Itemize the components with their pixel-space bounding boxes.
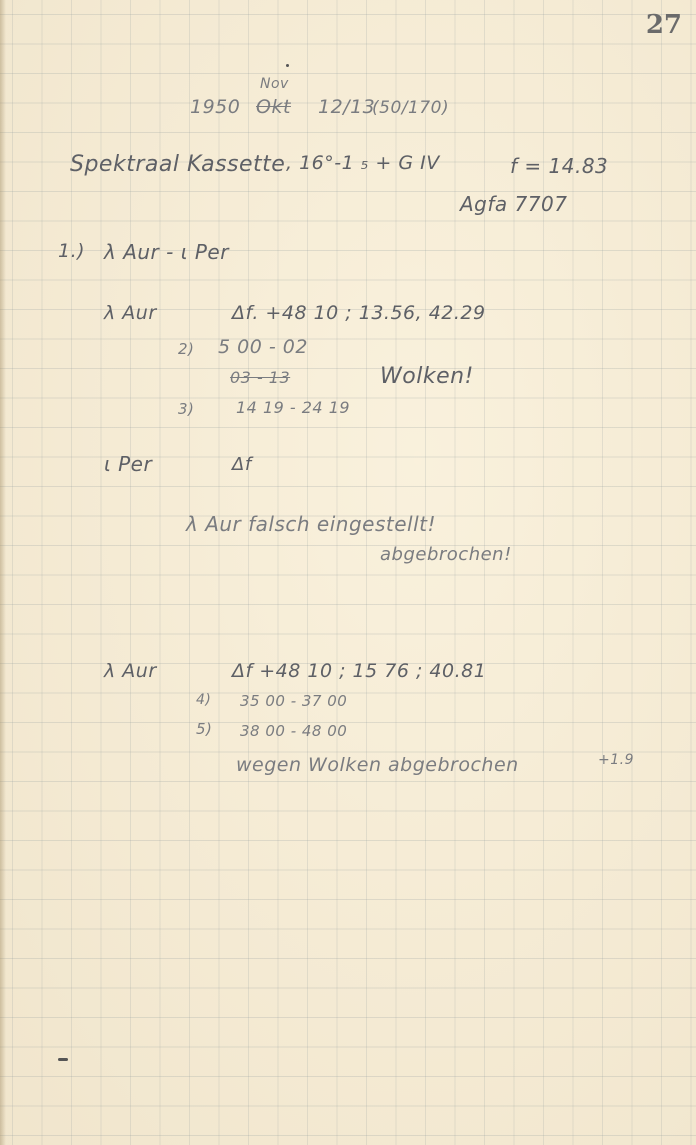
exposure-time: 14 19 - 24 19 [236,398,350,417]
date-nights: 12/13 [318,96,375,118]
star-coords: Δf. +48 10 ; 13.56, 42.29 [232,302,486,324]
exposure-time: 35 00 - 37 00 [240,692,347,710]
star-coords: Δf [232,454,252,475]
instrument-config: , 16°-1 ₅ + G IV [286,152,440,174]
exposure-index: 4) [196,692,211,708]
remark-line-1: λ Aur falsch eingestellt! [186,512,436,536]
exposure-index: 5) [196,720,212,738]
remark-line-2: abgebrochen! [380,544,512,565]
instrument-name: Spektraal Kassette [70,152,285,177]
focus-value: f = 14.83 [510,154,608,178]
ink-smudge [58,1058,68,1061]
section-index: 1.) [58,240,85,262]
exposure-index: 2) [178,340,194,358]
exposure-time: 5 00 - 02 [218,336,308,358]
star-label-iota-per: ι Per [104,452,152,476]
star-coords: Δf +48 10 ; 15 76 ; 40.81 [232,660,486,682]
plate-reference: (50/170) [372,98,449,118]
exposure-index: 3) [178,400,194,418]
notebook-page: 27 1950 Okt Nov 12/13 (50/170) Spektraal… [0,0,696,1145]
star-label-lambda-aur: λ Aur [104,660,157,682]
abort-note: wegen Wolken abgebrochen [236,754,519,776]
plate-type: Agfa 7707 [460,192,567,216]
date-month-struck: Okt [256,96,291,118]
abort-note-suffix: +1.9 [598,752,634,768]
star-label-lambda-aur: λ Aur [104,302,157,324]
weather-note: Wolken! [380,364,474,389]
date-month-correction: Nov [260,76,289,92]
page-binding-edge [0,0,6,1145]
date-year: 1950 [190,96,240,118]
exposure-time: 38 00 - 48 00 [240,722,347,740]
page-number: 27 [646,10,682,40]
exposure-time-struck: 03 - 13 [230,368,290,387]
ink-dot [286,64,289,67]
section-title: λ Aur - ι Per [104,240,229,264]
